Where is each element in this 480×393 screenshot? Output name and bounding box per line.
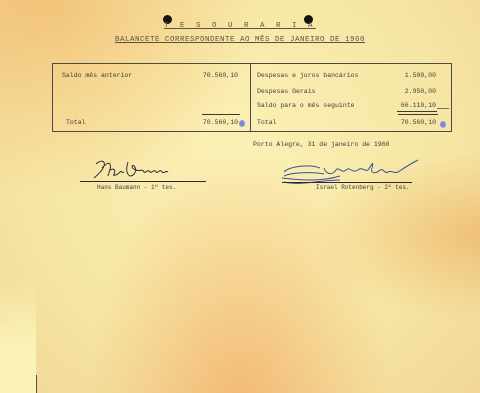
stamp-mark-icon	[239, 120, 245, 127]
debit-item-label: Saldo para o mês seguinte	[257, 102, 355, 109]
credit-item-label: Saldo mês anterior	[62, 72, 132, 79]
paper-edge-highlight	[0, 280, 36, 393]
document-subtitle: BALANCETE CORRESPONDENTE AO MÊS DE JANEI…	[0, 36, 480, 44]
credit-total-label: Total	[66, 119, 86, 126]
signature-hans-baumann	[92, 158, 172, 180]
signature-line-1	[80, 181, 206, 182]
debit-item-label: Despesas e juros bancários	[257, 72, 358, 79]
debit-item-value: 1.500,00	[373, 72, 436, 79]
credit-total-value: 70.560,10	[173, 119, 238, 126]
paper-background	[0, 0, 480, 393]
balance-table: Saldo mês anterior 70.560,10 Total 70.56…	[52, 63, 452, 132]
debit-sum-rule	[398, 114, 438, 115]
credit-item-value: 70.560,10	[173, 72, 238, 79]
paper-edge-line	[36, 375, 37, 393]
signature-line-2	[282, 182, 412, 183]
debit-item-label: Despesas Gerais	[257, 88, 316, 95]
signatory-name-1: Hans Baumann - 1º tes.	[97, 184, 176, 191]
debit-total-value: 70.560,10	[373, 119, 436, 126]
stamp-mark-icon	[440, 121, 446, 128]
department-title: T E S O U R A R I A	[0, 22, 480, 30]
debit-underline	[397, 111, 437, 112]
debit-item-value: 66.110,10	[373, 102, 436, 109]
signatory-name-2: Israel Rotenberg - 2º tes.	[316, 184, 410, 191]
debit-item-value: 2.950,00	[373, 88, 436, 95]
place-date: Porto Alegre, 31 de janeiro de 1960	[253, 141, 390, 148]
column-divider	[250, 64, 251, 131]
debit-tick-mark	[437, 108, 449, 109]
debit-total-label: Total	[257, 119, 277, 126]
credit-sum-rule	[202, 114, 240, 115]
